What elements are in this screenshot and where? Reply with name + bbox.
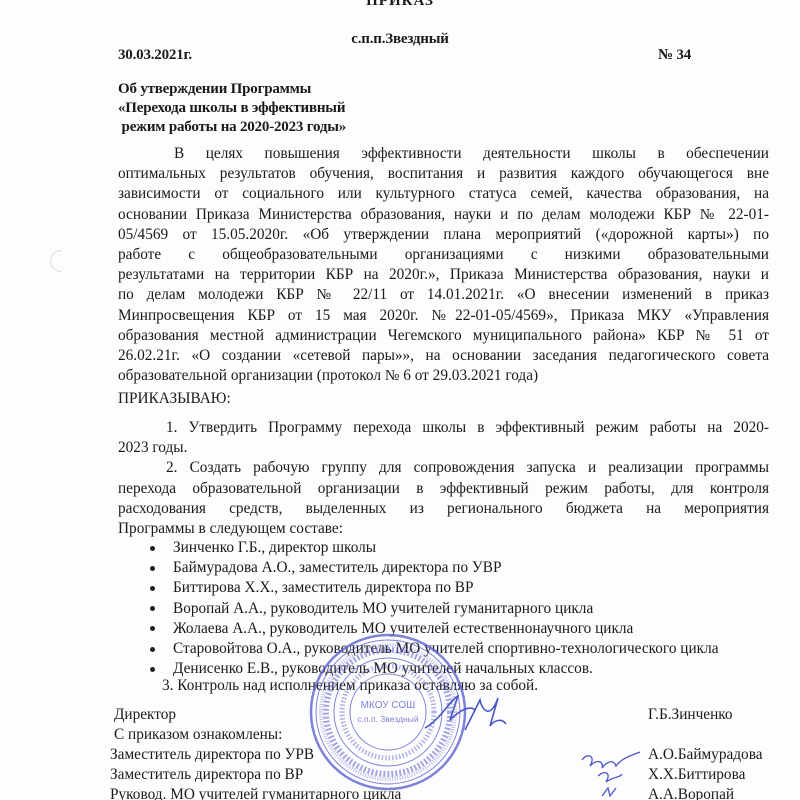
document-subject: Об утверждении Программы «Перехода школы… [118,80,346,137]
preamble-line: результатами на территории КБР на 2020г.… [118,265,769,285]
document-place: с.п.п.Звездный [0,31,800,48]
order-item-1-line: 1. Утвердить Программу перехода школы в … [118,418,769,438]
document-number: № 34 [658,47,691,64]
subject-line: Об утверждении Программы [118,80,346,99]
acquainted-name: Х.Х.Биттирова [648,765,763,785]
acquainted-role: Заместитель директора по УРВ [110,745,401,765]
preamble-line: основании Приказа Министерства образован… [118,205,769,225]
preamble-line: 26.02.21г. «О создании «сетевой пары»», … [118,346,769,366]
preamble-line: работе с общеобразовательными организаци… [118,245,769,265]
working-group-member: Баймурадова А.О., заместитель директора … [150,558,719,578]
acquainted-names: А.О.Баймурадова Х.Х.Биттирова А.А.Воропа… [648,745,763,800]
order-item-2-line: Программы в следующем составе: [118,519,769,539]
acquainted-role: Руковод. МО учителей гуманитарного цикла [110,785,401,800]
preamble-line: оптимальных результатов обучения, воспит… [118,164,769,184]
subject-line: режим работы на 2020-2023 годы» [118,118,346,137]
acquainted-role: Заместитель директора по ВР [110,765,401,785]
acquainted-name: А.А.Воропай [648,785,763,800]
bullet-icon [150,626,155,631]
bullet-icon [150,667,155,672]
punch-hole-mark [45,245,76,276]
svg-text:МКОУ СОШ: МКОУ СОШ [361,700,416,711]
svg-text:с.п.п. Звездный: с.п.п. Звездный [357,714,418,724]
working-group-member: Биттирова Х.Х., заместитель директора по… [150,578,719,598]
order-items: 1. Утвердить Программу перехода школы в … [118,418,769,539]
preamble-line: 05/4569 от 15.05.2020г. «Об утверждении … [118,225,769,245]
preamble-line: образования местной администрации Чегемс… [118,326,769,346]
acquainted-roles: Заместитель директора по УРВ Заместитель… [110,745,401,800]
preamble-line: по делам молодежи КБР № 22/11 от 14.01.2… [118,285,769,305]
preamble-paragraph: В целях повышения эффективности деятельн… [118,144,769,386]
director-signature-icon [420,690,510,740]
bullet-icon [150,586,155,591]
scanned-document-page: ПРИКАЗ с.п.п.Звездный 30.03.2021г. № 34 … [0,0,800,800]
acquainted-name: А.О.Баймурадова [648,745,763,765]
order-item-2-line: перехода образовательной организации в э… [118,479,769,499]
preamble-line: Минпросвещения КБР от 15 мая 2020г. №22-… [118,306,769,326]
order-item-1-line: 2023 годы. [118,438,769,458]
order-item-2-line: расходования средств, выделенных из реги… [118,499,769,519]
preamble-line: В целях повышения эффективности деятельн… [118,144,769,164]
bullet-icon [150,546,155,551]
document-title: ПРИКАЗ [0,0,800,10]
bullet-icon [150,647,155,652]
preamble-line: образовательной организации (протокол № … [118,366,769,386]
director-name: Г.Б.Зинченко [648,705,733,725]
working-group-member: Воропай А.А., руководитель МО учителей г… [150,599,719,619]
order-item-2-line: 2. Создать рабочую группу для сопровожде… [118,458,769,478]
bullet-icon [150,566,155,571]
bullet-icon [150,606,155,611]
preamble-line: зависимости от социального или культурно… [118,184,769,204]
subject-line: «Перехода школы в эффективный [118,99,346,118]
acquainted-heading: С приказом ознакомлены: [114,725,282,745]
orders-heading: ПРИКАЗЫВАЮ: [118,390,231,408]
document-date: 30.03.2021г. [118,47,192,64]
working-group-member: Зинченко Г.Б., директор школы [150,538,719,558]
director-position-label: Директор [114,705,176,725]
acquainted-signatures-icon [578,748,648,800]
